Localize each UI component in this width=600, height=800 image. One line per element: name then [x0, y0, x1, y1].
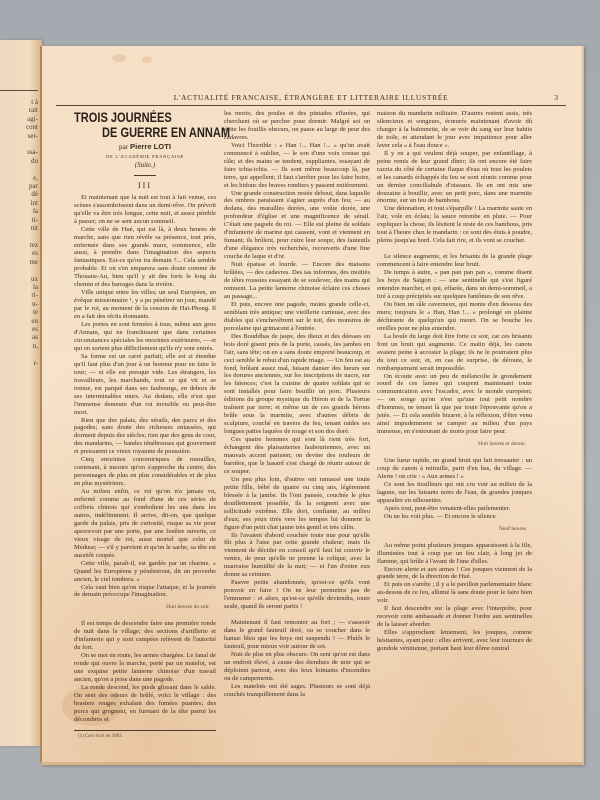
paragraph: Il y en a qui veulent déjà souper, par e… — [377, 150, 532, 206]
time-note: Neuf heures — [377, 526, 526, 534]
column-left: TROIS JOURNÉES DE GUERRE EN ANNAM par Pi… — [74, 110, 216, 741]
title-rule — [134, 175, 156, 176]
paragraph: Et puis, encore une pagode, moins grande… — [224, 301, 370, 333]
time-note: Huit heures et demie. — [377, 441, 526, 449]
running-head: L'ACTUALITÉ FRANCAISE, ÉTRANGERE ET LITT… — [56, 93, 566, 107]
paragraph: Il faut descendre sur la plage avec l'in… — [377, 605, 532, 629]
paragraph: Ou bien un râle caverneux, qui monte d'e… — [377, 301, 532, 333]
paper-stain — [142, 56, 152, 63]
paragraph: Nuit de plus en plus obscure. On sent qu… — [224, 651, 370, 683]
section-gap — [224, 611, 370, 619]
previous-page-edge: t à rait agi- cont ser- ssa- du e, par d… — [0, 40, 42, 746]
paragraph: Une détonation, et tout s'éparpille ! La… — [377, 205, 532, 245]
paragraph: Rien que des palais, des sérails, des pa… — [74, 417, 216, 457]
column-right: maison du mandarin militaire. D'autres r… — [377, 110, 532, 653]
paper-stain — [112, 54, 126, 62]
paragraph: Il est temps de descendre faire une prem… — [74, 620, 216, 652]
paragraph: Au même point plusieurs jonques apparais… — [377, 542, 532, 566]
paragraph: De temps à autre, « pan pan pan pan », c… — [377, 269, 532, 301]
paragraph: La ronde descend, les pieds glissant dan… — [74, 684, 216, 724]
paragraph: On se met en route, les armes chargées. … — [74, 652, 216, 684]
previous-page-rule — [0, 90, 38, 91]
paragraph: Maintenant il faut remonter au fort ; — … — [224, 619, 370, 651]
paragraph: Nuit épaisse et lourde. — Encore des mai… — [224, 261, 370, 301]
paragraph: Le silence augmente, et les brisants de … — [377, 253, 532, 269]
running-head-rule — [56, 105, 566, 106]
paragraph: Ville unique entre les villes; un seul E… — [74, 289, 216, 321]
paragraph: Sa forme est un carré parfait; elle est … — [74, 353, 216, 417]
time-note: Huit heures du soir. — [74, 604, 210, 612]
paragraph: Ce sont les tirailleurs qui ont cru voir… — [377, 481, 532, 505]
paragraph: Une grande construction restée debout, d… — [224, 190, 370, 262]
paragraph: Pauvre petite abandonnée, qu'est-ce qu'i… — [224, 579, 370, 611]
paragraph: On écoute avec un peu de mélancolie le g… — [377, 373, 532, 437]
page-number: 3 — [554, 93, 558, 102]
footnote-rule — [74, 730, 216, 731]
footnote: (1) Ceci écrit en 1883. — [74, 733, 216, 741]
paragraph: Des Bouddhas de jaspe, des dieux et des … — [224, 333, 370, 436]
paragraph: maison du mandarin militaire. D'autres r… — [377, 110, 532, 150]
paragraph: Au milieu enfin, ce roi qu'on n'a jamais… — [74, 488, 216, 560]
paragraph: Ils l'avaient d'abord couchée toute nue … — [224, 532, 370, 580]
paragraph: Cette ville de Hué, qui est là, à deux h… — [74, 226, 216, 290]
paragraph: Et puis on s'arrête ; il y a le pavillon… — [377, 581, 532, 605]
magazine-page: L'ACTUALITÉ FRANCAISE, ÉTRANGERE ET LITT… — [42, 46, 584, 765]
byline-prefix: par — [119, 143, 128, 151]
article-title: TROIS JOURNÉES DE GUERRE EN ANNAM — [74, 110, 216, 140]
paragraph: Elles s'approchent lentement, les jonque… — [377, 629, 532, 653]
paragraph: Une lueur rapide, un grand bruit qui fai… — [377, 457, 532, 481]
paragraph: Cela vaut bien qu'on risque l'attaque, e… — [74, 584, 216, 600]
paragraph: Un peu plus loin, d'autres ont ramassé u… — [224, 476, 370, 532]
paragraph: Cinq enceintes concentriques de muraille… — [74, 456, 216, 488]
section-number: III — [74, 182, 216, 190]
paragraph: les morts; des poules et des pintades ef… — [224, 110, 370, 142]
paragraph: Et maintenant que la nuit est tout à fai… — [74, 194, 216, 226]
paragraph: Ces quatre hommes qui sont là rient très… — [224, 436, 370, 476]
section-gap — [377, 245, 532, 253]
paragraph: Les portes en sont fermées à tous, même … — [74, 321, 216, 353]
article-title-line-2: DE GUERRE EN ANNAM — [102, 125, 195, 140]
author-affiliation: DE L'ACADÉMIE FRANÇAISE — [74, 153, 216, 161]
paragraph: Voici l'horrible : « Han !... Han !... »… — [224, 142, 370, 190]
paragraph: La houle du large doit être forte ce soi… — [377, 333, 532, 373]
paragraph: Après tout, peut-être venaient-elles par… — [377, 505, 532, 513]
article-title-line-1: TROIS JOURNÉES — [74, 110, 190, 125]
author-name: Pierre LOTI — [130, 142, 171, 151]
paragraph: On ne les voit plus. — Et encore le sile… — [377, 513, 532, 521]
previous-page-text-fragment: t à rait agi- cont ser- ssa- du e, par d… — [18, 98, 38, 367]
paragraph: Les matelots ont été sages. Plusieurs se… — [224, 683, 370, 699]
paragraph: Cette ville, paraît-il, est gardée par u… — [74, 560, 216, 584]
column-middle: les morts; des poules et des pintades ef… — [224, 110, 370, 699]
paragraph: Encore alerte et aux armes ! Ces jonques… — [377, 566, 532, 582]
continuation-note: (Suite.) — [74, 162, 216, 170]
byline: par Pierre LOTI — [74, 143, 216, 152]
running-head-title: L'ACTUALITÉ FRANCAISE, ÉTRANGERE ET LITT… — [56, 93, 566, 102]
